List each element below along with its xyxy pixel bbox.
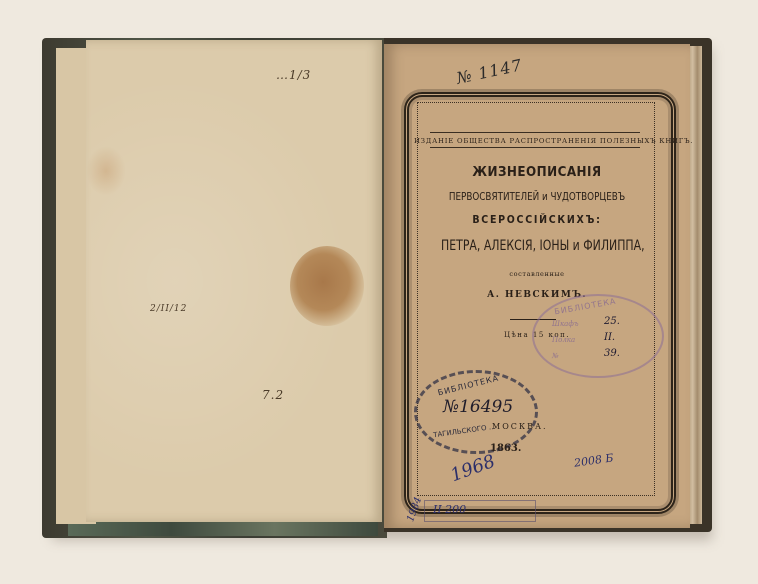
title-line-3: ВСЕРОССІЙСКИХЪ: bbox=[431, 213, 643, 226]
left-page: …1/3 2/II/12 7.2 bbox=[86, 40, 382, 522]
box-stamp-number: II 200 bbox=[433, 503, 466, 516]
pencil-note-margin: 2/II/12 bbox=[150, 304, 174, 314]
year: 1863. bbox=[490, 443, 521, 454]
foxing-stain bbox=[86, 146, 126, 196]
compiled-by: составленные bbox=[414, 270, 660, 278]
stamp-row-value: 39. bbox=[604, 348, 620, 359]
page-edges bbox=[688, 46, 702, 524]
stamp-footer: ТАГИЛЬСКОГО … bbox=[433, 423, 497, 440]
library-stamp-purple: БИБЛІОТЕКА Шкафъ 25. Полка II. № 39. bbox=[532, 294, 664, 378]
pencil-note-bottom: 7.2 bbox=[262, 388, 284, 402]
stamp-number: №16495 bbox=[443, 397, 513, 417]
stamp-header: БИБЛІОТЕКА bbox=[554, 297, 617, 317]
pencil-note-top: …1/3 bbox=[276, 68, 311, 82]
box-stamp: II 200 bbox=[424, 500, 536, 522]
stamp-row-value: II. bbox=[604, 332, 615, 343]
stamp-row-value: 25. bbox=[604, 316, 620, 327]
publisher: ИЗДАНІЕ ОБЩЕСТВА РАСПРОСТРАНЕНІЯ ПОЛЕЗНЫ… bbox=[414, 137, 660, 145]
rule-top bbox=[430, 132, 640, 133]
inventory-mark: № 1147 bbox=[455, 55, 524, 88]
stamp-row-label: Шкафъ bbox=[552, 320, 579, 328]
title-line-2: ПЕРВОСВЯТИТЕЛЕЙ и ЧУДОТВОРЦЕВЪ bbox=[439, 190, 636, 203]
brown-stain bbox=[290, 246, 364, 326]
stamp-row-label: Полка bbox=[552, 336, 575, 344]
title-line-1: ЖИЗНЕОПИСАНІЯ bbox=[424, 165, 650, 180]
rule-bottom bbox=[430, 147, 640, 148]
title-page: № 1147 ИЗДАНІЕ ОБЩЕСТВА РАСПРОСТРАНЕНІЯ … bbox=[384, 44, 690, 528]
stamp-row-label: № bbox=[552, 352, 559, 360]
title-line-4: ПЕТРА, АЛЕКСІЯ, ІОНЫ и ФИЛИППА, bbox=[441, 238, 633, 254]
cover-marbled-edge bbox=[68, 520, 378, 536]
city: МОСКВА. bbox=[492, 422, 548, 431]
library-stamp-tagil: БИБЛІОТЕКА №16495 ТАГИЛЬСКОГО … bbox=[414, 370, 538, 454]
stamp-header: БИБЛІОТЕКА bbox=[437, 374, 500, 398]
